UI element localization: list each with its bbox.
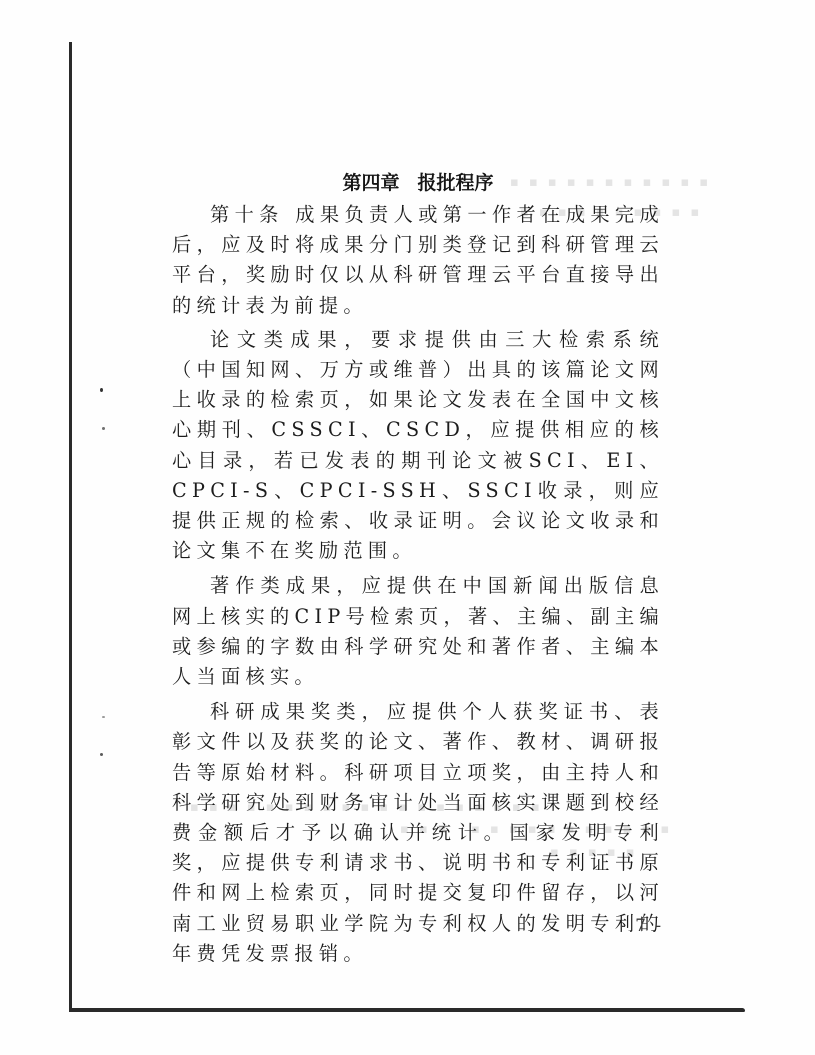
binding-hole-mark (102, 427, 105, 430)
paragraph-research-awards: 科研成果奖类，应提供个人获奖证书、表彰文件以及获奖的论文、著作、教材、调研报告等… (172, 697, 664, 969)
chapter-heading: 第四章报批程序 (172, 168, 664, 198)
paragraph-paper-results: 论文类成果，要求提供由三大检索系统（中国知网、万方或维普）出具的该篇论文网上收录… (172, 325, 664, 567)
chapter-number: 第四章 (342, 172, 399, 194)
paragraph-article-10: 第十条 成果负责人或第一作者在成果完成后，应及时将成果分门别类登记到科研管理云平… (172, 200, 664, 321)
chapter-title: 报批程序 (418, 172, 494, 194)
page-number: - 7 - (620, 916, 663, 936)
page-left-edge (69, 42, 72, 1012)
binding-hole-mark (100, 753, 103, 756)
document-page: 第四章报批程序 第十条 成果负责人或第一作者在成果完成后，应及时将成果分门别类登… (172, 168, 664, 974)
binding-hole-mark (100, 388, 103, 392)
paragraph-book-results: 著作类成果，应提供在中国新闻出版信息网上核实的CIP号检索页，著、主编、副主编或… (172, 571, 664, 692)
page-bottom-edge (69, 1008, 745, 1012)
binding-hole-mark (102, 716, 105, 718)
